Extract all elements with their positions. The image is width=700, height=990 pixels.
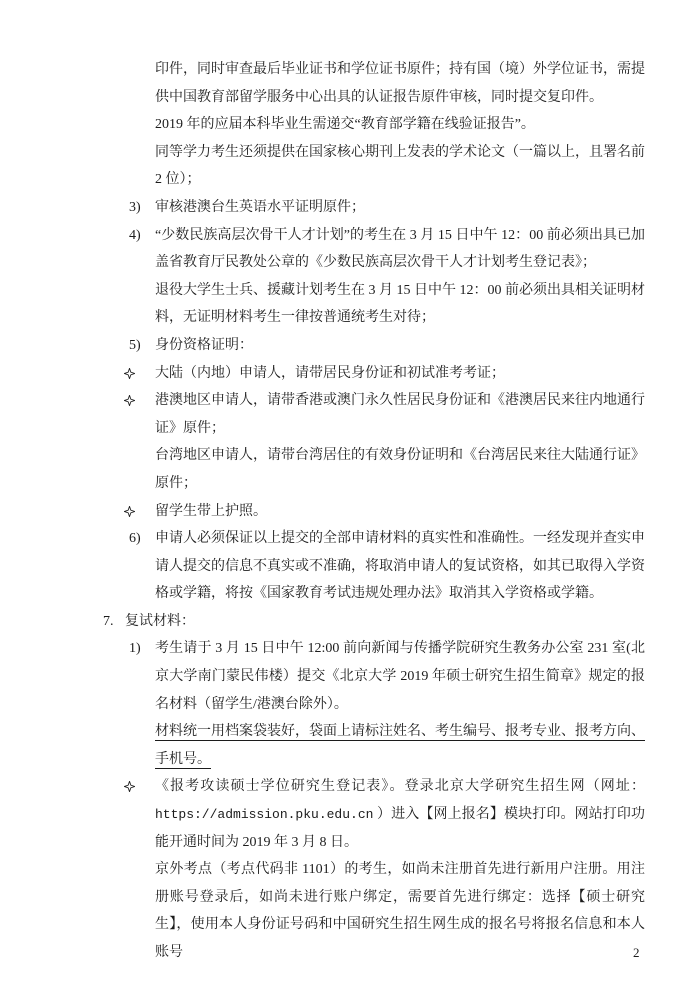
paragraph-diamond: 留学生带上护照。	[155, 498, 645, 526]
list-marker: 7.	[103, 608, 114, 636]
paragraph-numbered: 5)身份资格证明：	[155, 332, 645, 360]
paragraph-text: 京外考点（考点代码非 1101）的考生，如尚未注册首先进行新用户注册。用注册账号…	[155, 862, 645, 960]
paragraph-text: 留学生带上护照。	[155, 504, 267, 519]
paragraph-numbered: 4)“少数民族高层次骨干人才计划”的考生在 3 月 15 日中午 12：00 前…	[155, 222, 645, 277]
diamond-bullet-icon	[124, 781, 135, 792]
paragraph-continuation: 台湾地区申请人，请带台湾居住的有效身份证明和《台湾居民来往大陆通行证》原件；	[155, 442, 645, 497]
paragraph-text: 申请人必须保证以上提交的全部申请材料的真实性和准确性。一经发现并查实申请人提交的…	[155, 531, 645, 601]
paragraph-diamond: 《报考攻读硕士学位研究生登记表》。登录北京大学研究生招生网（网址：https:/…	[155, 773, 645, 856]
paragraph-numbered: 3)审核港澳台生英语水平证明原件；	[155, 194, 645, 222]
diamond-bullet-icon	[124, 368, 135, 379]
document-page: 印件，同时审查最后毕业证书和学位证书原件；持有国（境）外学位证书，需提供中国教育…	[0, 0, 700, 990]
paragraph-continuation: 印件，同时审查最后毕业证书和学位证书原件；持有国（境）外学位证书，需提供中国教育…	[155, 56, 645, 111]
paragraph-text: 审核港澳台生英语水平证明原件；	[155, 200, 365, 215]
url-text: https://admission.pku.edu.cn	[155, 807, 373, 822]
document-body: 印件，同时审查最后毕业证书和学位证书原件；持有国（境）外学位证书，需提供中国教育…	[155, 56, 645, 967]
paragraph-text: 复试材料：	[125, 614, 195, 629]
paragraph-text: “少数民族高层次骨干人才计划”的考生在 3 月 15 日中午 12：00 前必须…	[155, 228, 645, 271]
paragraph-text: 印件，同时审查最后毕业证书和学位证书原件；持有国（境）外学位证书，需提供中国教育…	[155, 62, 645, 105]
paragraph-text: 身份资格证明：	[155, 338, 253, 353]
list-marker: 3)	[129, 194, 141, 222]
paragraph-text: 考生请于 3 月 15 日中午 12:00 前向新闻与传播学院研究生教务办公室 …	[155, 641, 645, 711]
paragraph-continuation: 退役大学生士兵、援藏计划考生在 3 月 15 日中午 12：00 前必须出具相关…	[155, 277, 645, 332]
diamond-bullet-icon	[124, 506, 135, 517]
paragraph-text: 退役大学生士兵、援藏计划考生在 3 月 15 日中午 12：00 前必须出具相关…	[155, 283, 645, 326]
paragraph-diamond: 港澳地区申请人，请带香港或澳门永久性居民身份证和《港澳居民来往内地通行证》原件；	[155, 387, 645, 442]
paragraph-section: 7.复试材料：	[125, 608, 645, 636]
paragraph-text: 《报考攻读硕士学位研究生登记表》。登录北京大学研究生招生网（网址：	[155, 779, 645, 794]
paragraph-text: 材料统一用档案袋装好，袋面上请标注姓名、考生编号、报考专业、报考方向、手机号。	[155, 724, 645, 767]
diamond-bullet-icon	[124, 395, 135, 406]
paragraph-diamond: 大陆（内地）申请人，请带居民身份证和初试准考考证；	[155, 360, 645, 388]
list-marker: 4)	[129, 222, 141, 250]
list-marker: 6)	[129, 525, 141, 553]
paragraph-text: 同等学力考生还须提供在国家核心期刊上发表的学术论文（一篇以上，且署名前 2 位）…	[155, 145, 645, 188]
paragraph-text: 大陆（内地）申请人，请带居民身份证和初试准考考证；	[155, 366, 505, 381]
paragraph-continuation: 2019 年的应届本科毕业生需递交“教育部学籍在线验证报告”。	[155, 111, 645, 139]
paragraph-numbered: 6)申请人必须保证以上提交的全部申请材料的真实性和准确性。一经发现并查实申请人提…	[155, 525, 645, 608]
page-number: 2	[633, 946, 640, 959]
paragraph-text: 台湾地区申请人，请带台湾居住的有效身份证明和《台湾居民来往大陆通行证》原件；	[155, 448, 645, 491]
paragraph-continuation: 京外考点（考点代码非 1101）的考生，如尚未注册首先进行新用户注册。用注册账号…	[155, 856, 645, 966]
paragraph-text: 港澳地区申请人，请带香港或澳门永久性居民身份证和《港澳居民来往内地通行证》原件；	[155, 393, 645, 436]
paragraph-continuation: 同等学力考生还须提供在国家核心期刊上发表的学术论文（一篇以上，且署名前 2 位）…	[155, 139, 645, 194]
paragraph-text: 2019 年的应届本科毕业生需递交“教育部学籍在线验证报告”。	[155, 117, 535, 132]
list-marker: 1)	[129, 635, 141, 663]
paragraph-numbered: 1)考生请于 3 月 15 日中午 12:00 前向新闻与传播学院研究生教务办公…	[155, 635, 645, 718]
paragraph-continuation-underline: 材料统一用档案袋装好，袋面上请标注姓名、考生编号、报考专业、报考方向、手机号。	[155, 718, 645, 773]
list-marker: 5)	[129, 332, 141, 360]
